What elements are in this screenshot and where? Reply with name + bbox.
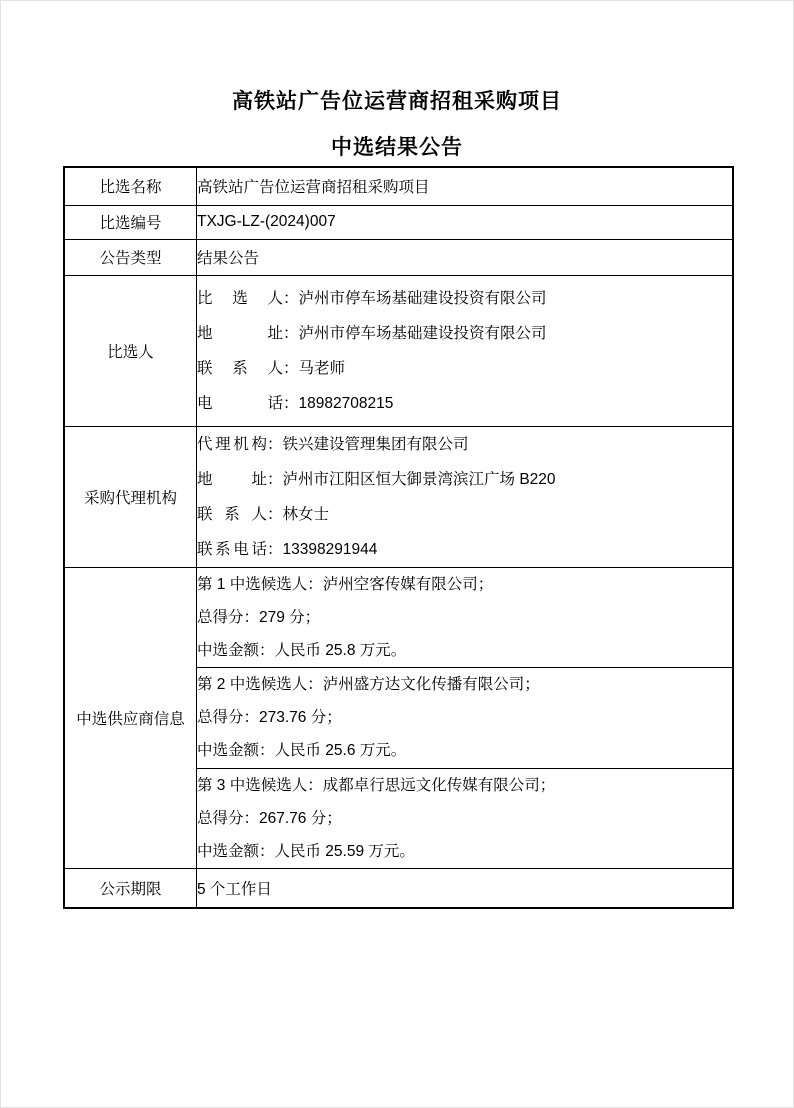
publicity-period-value: 5 个工作日 [197,868,734,908]
row-bid-number: 比选编号 TXJG-LZ-(2024)007 [64,205,733,239]
agency-phone-line: 联系电话：13398291944 [197,532,732,567]
bidder-address-value: 泸州市停车场基础建设投资有限公司 [299,325,547,342]
candidate-3-score: 总得分：267.76 分； [197,802,732,835]
colon: ： [283,395,299,412]
colon: ： [267,541,283,558]
colon: ： [283,290,299,307]
publicity-period-label: 公示期限 [64,868,197,908]
colon: ： [283,325,299,342]
candidate-2-amount: 中选金额：人民币 25.6 万元。 [197,734,732,767]
agency-address-term: 地 址 [197,462,267,497]
bidder-address-term: 地 址 [197,316,283,351]
candidate-3-amount: 中选金额：人民币 25.59 万元。 [197,835,732,868]
row-notice-type: 公告类型 结果公告 [64,239,733,275]
row-publicity-period: 公示期限 5 个工作日 [64,868,733,908]
agency-name-value: 铁兴建设管理集团有限公司 [283,436,469,453]
colon: ： [283,360,299,377]
winners-label: 中选供应商信息 [64,567,197,868]
agency-details: 代理机构：铁兴建设管理集团有限公司 地 址：泸州市江阳区恒大御景湾滨江广场 B2… [197,426,734,567]
agency-phone-value: 13398291944 [283,541,378,558]
candidate-1-details: 第 1 中选候选人：泸州空客传媒有限公司； 总得分：279 分； 中选金额：人民… [197,567,734,667]
agency-name-term: 代理机构 [197,427,267,462]
notice-type-value: 结果公告 [197,239,734,275]
row-winner-candidate-1: 中选供应商信息 第 1 中选候选人：泸州空客传媒有限公司； 总得分：279 分；… [64,567,733,667]
bid-number-value: TXJG-LZ-(2024)007 [197,205,734,239]
bidder-name-term: 比 选 人 [197,281,283,316]
candidate-3-name: 第 3 中选候选人：成都卓行思远文化传媒有限公司； [197,769,732,802]
bidder-name-line: 比 选 人：泸州市停车场基础建设投资有限公司 [197,281,732,316]
bidder-phone-line: 电 话：18982708215 [197,386,732,421]
page-title-line1: 高铁站广告位运营商招租采购项目 [0,0,794,114]
bidder-details: 比 选 人：泸州市停车场基础建设投资有限公司 地 址：泸州市停车场基础建设投资有… [197,275,734,426]
bid-number-label: 比选编号 [64,205,197,239]
agency-phone-term: 联系电话 [197,532,267,567]
candidate-1-amount: 中选金额：人民币 25.8 万元。 [197,634,732,667]
notice-type-label: 公告类型 [64,239,197,275]
candidate-2-name: 第 2 中选候选人：泸州盛方达文化传播有限公司； [197,668,732,701]
bidder-contact-value: 马老师 [299,360,346,377]
candidate-3-details: 第 3 中选候选人：成都卓行思远文化传媒有限公司； 总得分：267.76 分； … [197,768,734,868]
bidder-address-line: 地 址：泸州市停车场基础建设投资有限公司 [197,316,732,351]
bidder-phone-term: 电 话 [197,386,283,421]
candidate-1-name: 第 1 中选候选人：泸州空客传媒有限公司； [197,568,732,601]
candidate-2-details: 第 2 中选候选人：泸州盛方达文化传播有限公司； 总得分：273.76 分； 中… [197,667,734,768]
bidder-label: 比选人 [64,275,197,426]
page-title-line2: 中选结果公告 [0,136,794,160]
row-agency-info: 采购代理机构 代理机构：铁兴建设管理集团有限公司 地 址：泸州市江阳区恒大御景湾… [64,426,733,567]
document-page: 高铁站广告位运营商招租采购项目 中选结果公告 比选名称 高铁站广告位运营商招租采… [0,0,794,1108]
bidder-name-value: 泸州市停车场基础建设投资有限公司 [299,290,547,307]
bid-name-label: 比选名称 [64,167,197,205]
bidder-contact-term: 联 系 人 [197,351,283,386]
agency-address-line: 地 址：泸州市江阳区恒大御景湾滨江广场 B220 [197,462,732,497]
agency-contact-term: 联 系 人 [197,497,267,532]
row-bidder-info: 比选人 比 选 人：泸州市停车场基础建设投资有限公司 地 址：泸州市停车场基础建… [64,275,733,426]
bidder-contact-line: 联 系 人：马老师 [197,351,732,386]
agency-label: 采购代理机构 [64,426,197,567]
result-table: 比选名称 高铁站广告位运营商招租采购项目 比选编号 TXJG-LZ-(2024)… [63,166,734,909]
agency-contact-value: 林女士 [283,506,330,523]
colon: ： [267,471,283,488]
agency-name-line: 代理机构：铁兴建设管理集团有限公司 [197,427,732,462]
agency-contact-line: 联 系 人：林女士 [197,497,732,532]
bid-name-value: 高铁站广告位运营商招租采购项目 [197,167,734,205]
colon: ： [267,436,283,453]
candidate-1-score: 总得分：279 分； [197,601,732,634]
agency-address-value: 泸州市江阳区恒大御景湾滨江广场 B220 [283,471,556,488]
colon: ： [267,506,283,523]
row-bid-name: 比选名称 高铁站广告位运营商招租采购项目 [64,167,733,205]
bidder-phone-value: 18982708215 [299,395,394,412]
candidate-2-score: 总得分：273.76 分； [197,701,732,734]
